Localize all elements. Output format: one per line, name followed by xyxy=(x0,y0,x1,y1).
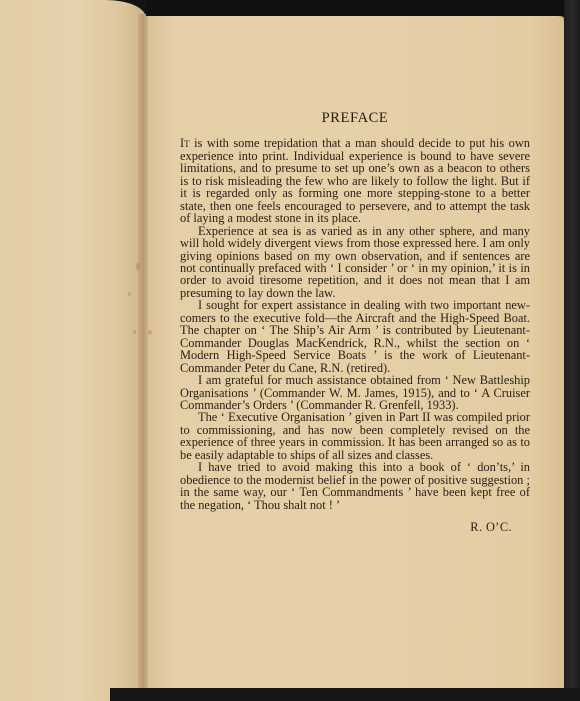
paragraph-6: I have tried to avoid making this into a… xyxy=(180,461,530,511)
foxing-spot xyxy=(133,330,136,334)
book-cover-edge xyxy=(564,0,580,701)
paragraph-2: Experience at sea is as varied as in any… xyxy=(180,225,530,300)
background-top xyxy=(146,0,580,16)
foxing-spot xyxy=(136,262,140,271)
paragraph-3: I sought for expert assistance in dealin… xyxy=(180,299,530,374)
paragraph-5: The ‘ Executive Organisation ’ given in … xyxy=(180,411,530,461)
paragraph-1: It is with some trepidation that a man s… xyxy=(180,137,530,224)
page-title: PREFACE xyxy=(180,112,530,124)
paragraph-1-text: is with some trepidation that a man shou… xyxy=(180,136,530,225)
preface-text: PREFACE It is with some trepidation that… xyxy=(180,112,530,534)
foxing-spot xyxy=(128,292,131,296)
author-signature: R. O’C. xyxy=(180,521,530,533)
background-bottom xyxy=(110,688,580,701)
paragraph-4: I am grateful for much assistance obtain… xyxy=(180,374,530,411)
foxing-spot xyxy=(148,330,152,335)
facing-left-page xyxy=(0,0,146,701)
